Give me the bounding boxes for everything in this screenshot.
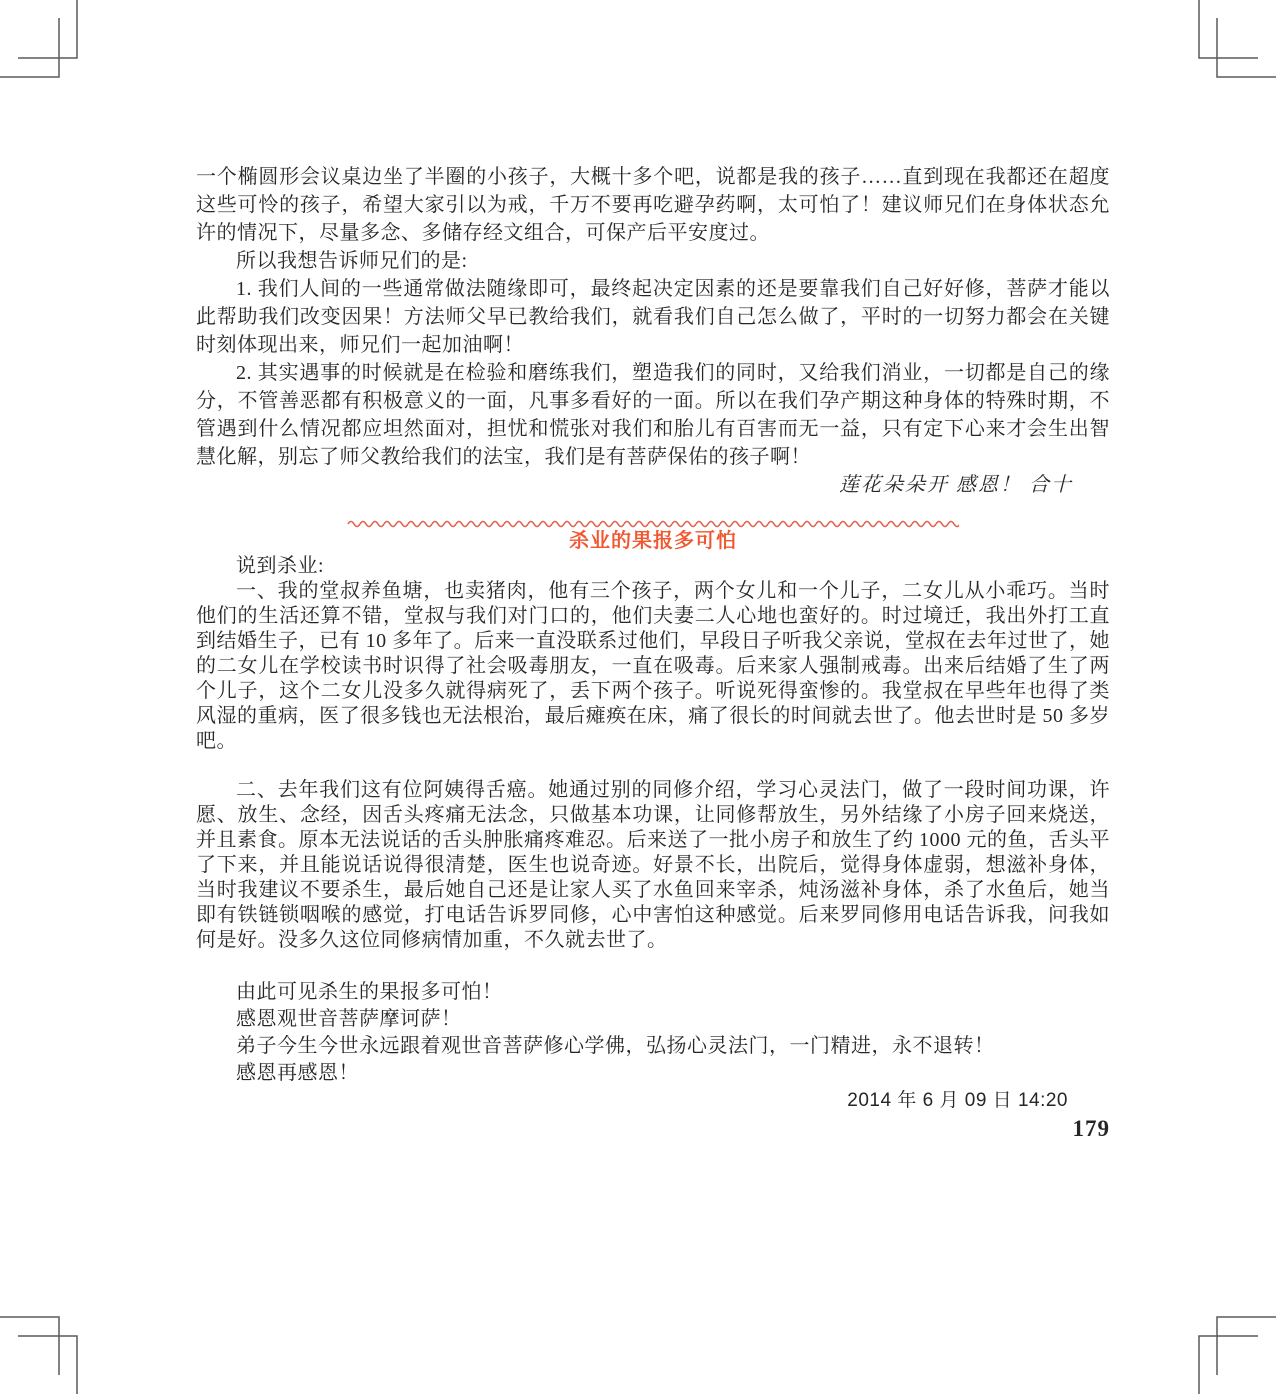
closing-lines: 由此可见杀生的果报多可怕！ 感恩观世音菩萨摩诃萨！ 弟子今生今世永远跟着观世音菩… xyxy=(196,979,1110,1087)
wavy-divider-path xyxy=(348,522,959,527)
crop-mark-top-left xyxy=(0,0,77,77)
article-paragraph-2: 二、去年我们这有位阿姨得舌癌。她通过别的同修介绍，学习心灵法门，做了一段时间功课… xyxy=(196,778,1110,953)
article-lead: 说到杀业: xyxy=(196,554,1110,579)
book-page: { "intro": { "para1": "一个椭圆形会议桌边坐了半圈的小孩子… xyxy=(0,0,1276,1394)
intro-paragraph-lead: 所以我想告诉师兄们的是: xyxy=(196,247,1110,275)
article-title: 杀业的果报多可怕 xyxy=(196,529,1110,554)
article-section: 杀业的果报多可怕 说到杀业: 一、我的堂叔养鱼塘，也卖猪肉，他有三个孩子，两个女… xyxy=(196,529,1110,1144)
closing-line-3: 弟子今生今世永远跟着观世音菩萨修心学佛，弘扬心灵法门，一门精进，永不退转！ xyxy=(196,1033,1110,1060)
intro-paragraph-point-1: 1. 我们人间的一些通常做法随缘即可，最终起决定因素的还是要靠我们自己好好修，菩… xyxy=(196,275,1110,359)
crop-mark-bottom-right xyxy=(1199,1317,1276,1394)
closing-line-1: 由此可见杀生的果报多可怕！ xyxy=(196,979,1110,1006)
intro-paragraph-continued: 一个椭圆形会议桌边坐了半圈的小孩子，大概十多个吧，说都是我的孩子……直到现在我都… xyxy=(196,163,1110,247)
page-number: 179 xyxy=(196,1114,1110,1144)
article-paragraph-1: 一、我的堂叔养鱼塘，也卖猪肉，他有三个孩子，两个女儿和一个儿子，二女儿从小乖巧。… xyxy=(196,579,1110,754)
closing-line-2: 感恩观世音菩萨摩诃萨！ xyxy=(196,1006,1110,1033)
wavy-divider xyxy=(196,519,1110,529)
crop-mark-top-right xyxy=(1199,0,1276,77)
intro-paragraph-point-2: 2. 其实遇事的时候就是在检验和磨练我们，塑造我们的同时，又给我们消业，一切都是… xyxy=(196,359,1110,471)
date-line: 2014 年 6 月 09 日 14:20 xyxy=(196,1087,1110,1114)
closing-line-4: 感恩再感恩！ xyxy=(196,1060,1110,1087)
signoff-line: 莲花朵朵开 感恩！ 合十 xyxy=(196,471,1110,499)
text-block: 一个椭圆形会议桌边坐了半圈的小孩子，大概十多个吧，说都是我的孩子……直到现在我都… xyxy=(196,163,1110,1144)
crop-mark-bottom-left xyxy=(0,1317,77,1394)
